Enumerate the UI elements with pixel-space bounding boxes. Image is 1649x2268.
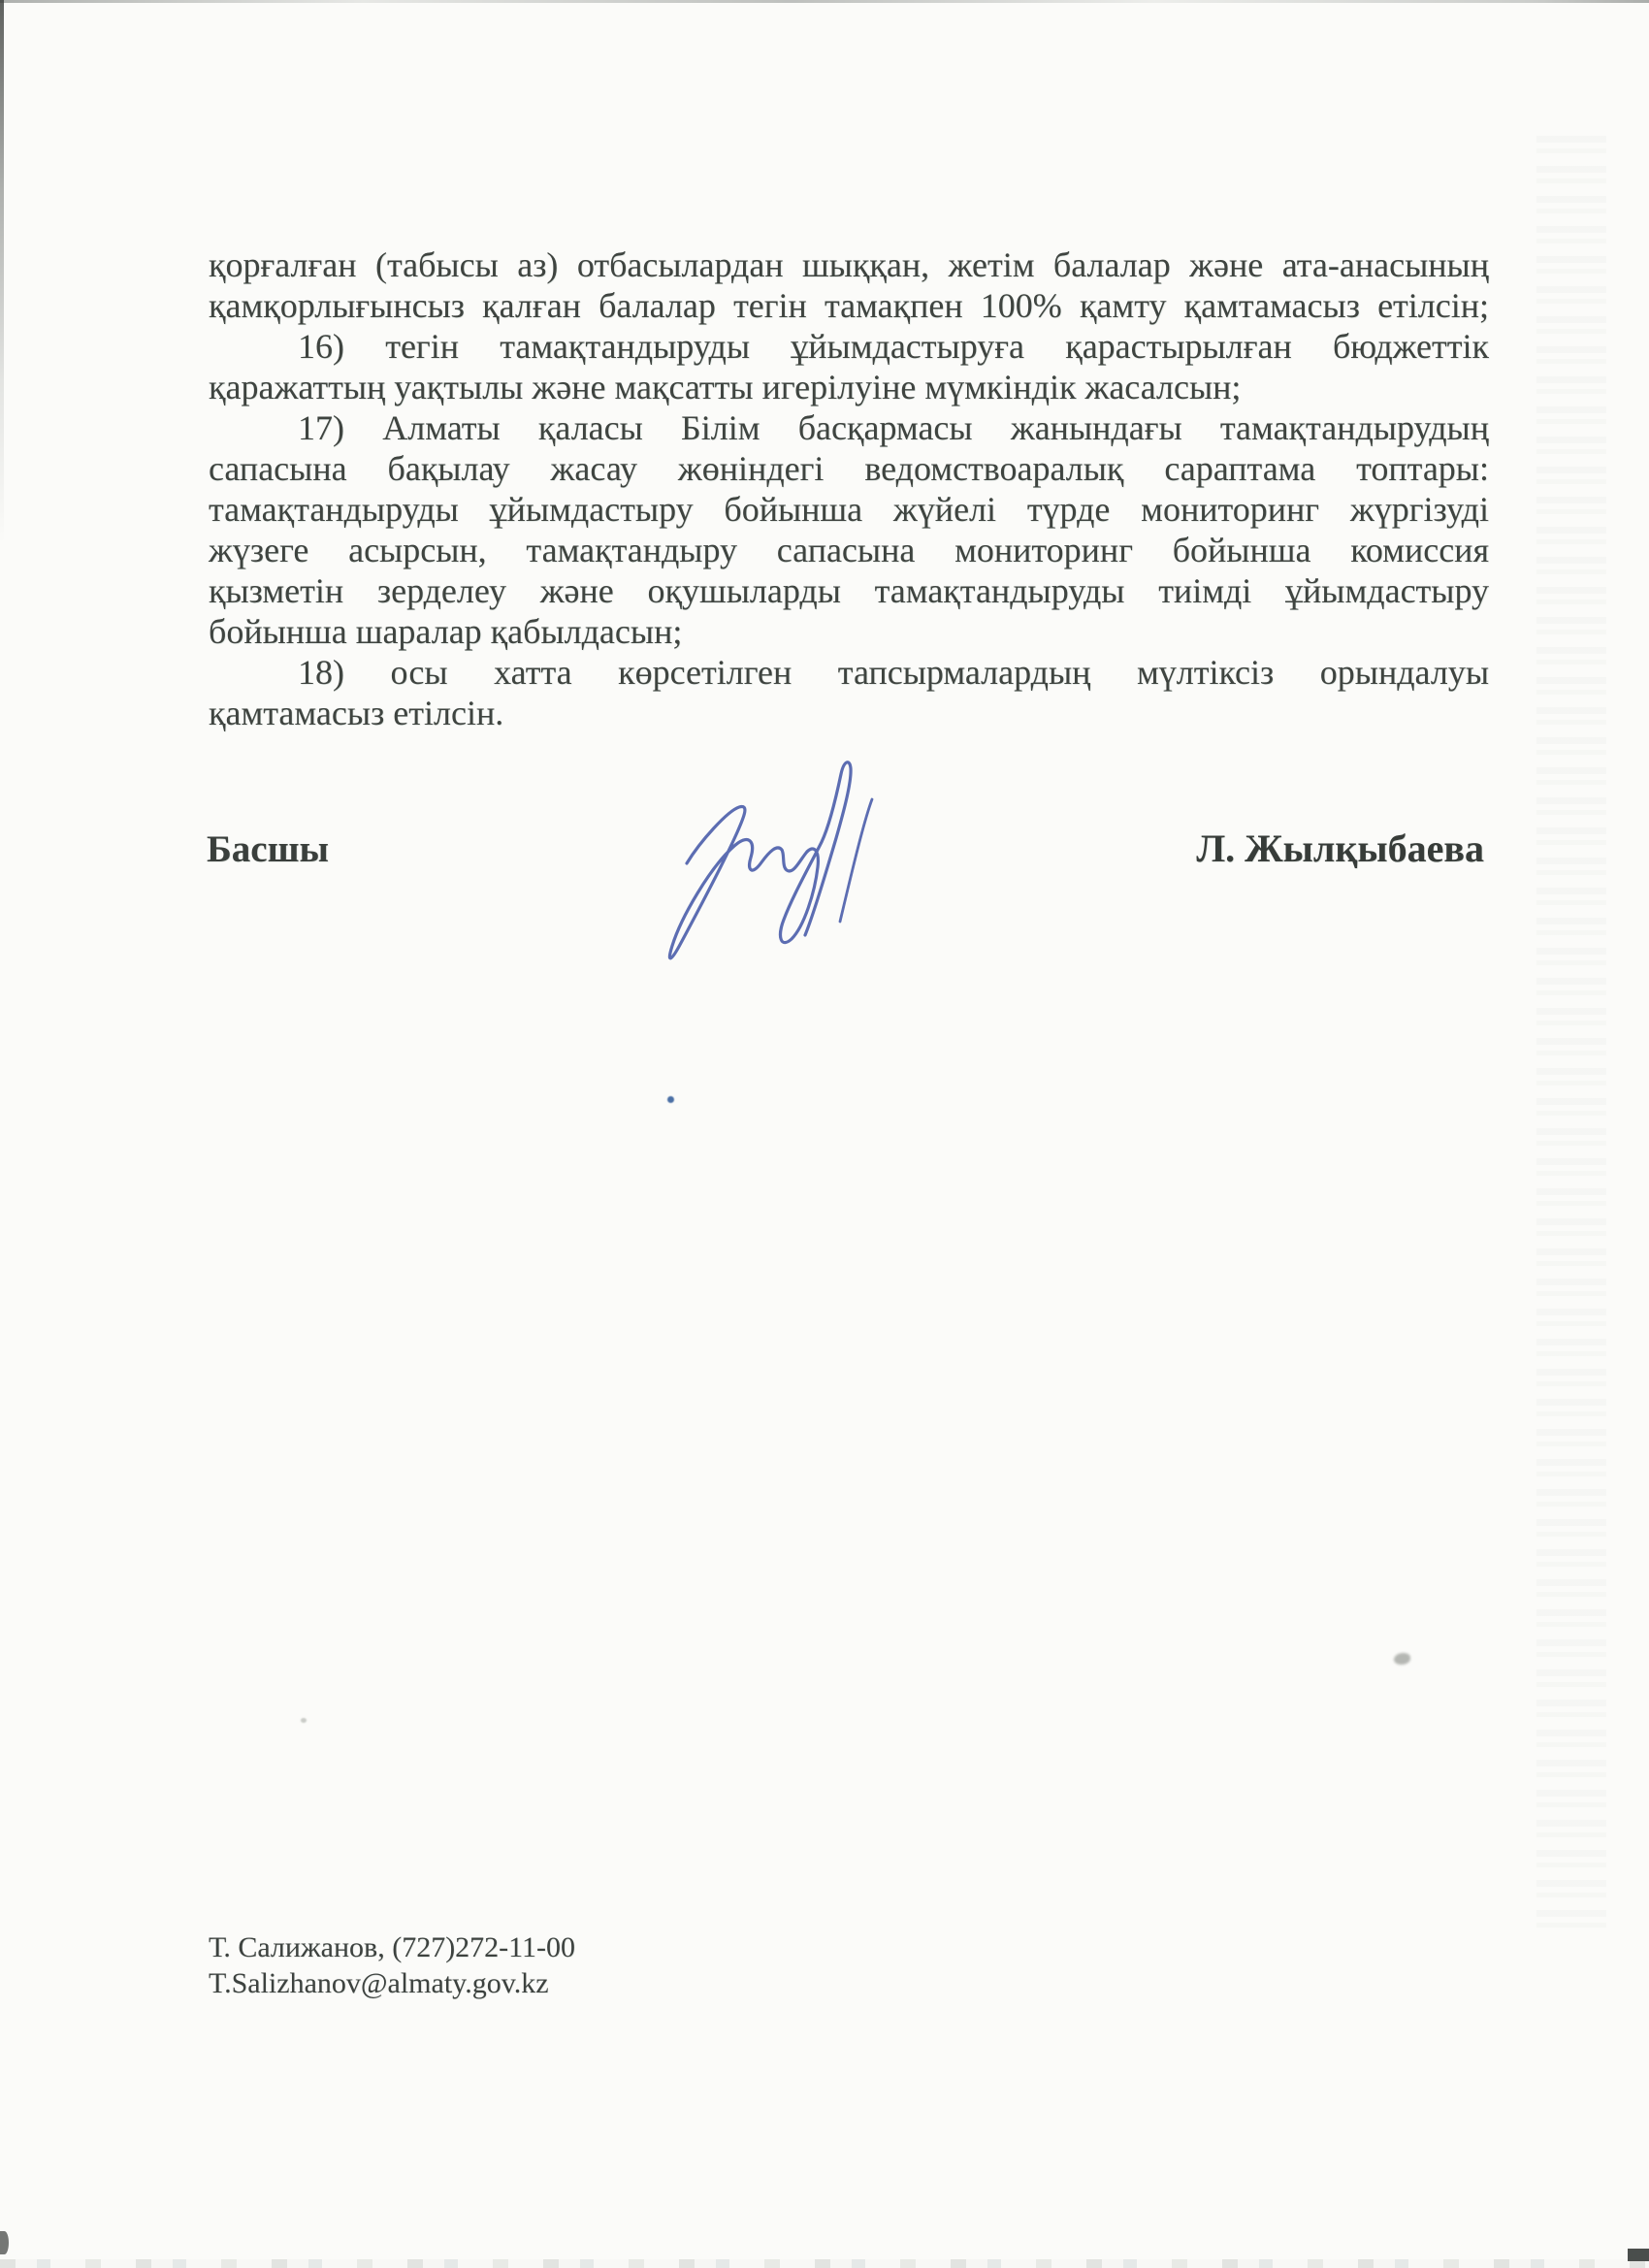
executor-contact-line: Т. Салижанов, (727)272-11-00 xyxy=(209,1929,575,1965)
executor-footer: Т. Салижанов, (727)272-11-00 T.Salizhano… xyxy=(209,1929,575,2001)
body-line: қызметін зерделеу және оқушыларды тамақт… xyxy=(209,570,1489,611)
faint-speck xyxy=(301,1718,307,1723)
handwritten-signature-ink xyxy=(642,749,885,977)
body-line-item-16: 16) тегін тамақтандыруды ұйымдастыруға қ… xyxy=(209,326,1489,367)
signature-stroke-tail xyxy=(840,799,872,922)
ink-dot-speck xyxy=(667,1096,674,1103)
scan-edge-left xyxy=(0,0,4,543)
body-line: сапасына бақылау жасау жөніндегі ведомст… xyxy=(209,448,1489,489)
signer-name: Л. Жылқыбаева xyxy=(1196,828,1484,869)
scan-corner-mark-right xyxy=(1628,2249,1649,2261)
executor-email: T.Salizhanov@almaty.gov.kz xyxy=(209,1965,575,2001)
signature-stroke-main xyxy=(669,807,807,958)
scan-noise-band xyxy=(1536,136,1606,1930)
body-line-item-17: 17) Алматы қаласы Білім басқармасы жанын… xyxy=(209,407,1489,448)
body-line: қорғалған (табысы аз) отбасылардан шыққа… xyxy=(209,244,1489,285)
body-line: қамқорлығынсыз қалған балалар тегін тама… xyxy=(209,285,1489,326)
scan-corner-mark-left xyxy=(0,2231,9,2254)
scan-edge-top xyxy=(0,0,1649,3)
body-line: тамақтандыруды ұйымдастыру бойынша жүйел… xyxy=(209,489,1489,530)
gray-smudge-speck xyxy=(1394,1653,1410,1665)
signer-position-label: Басшы xyxy=(207,830,329,869)
scanned-document-page: қорғалған (табысы аз) отбасылардан шыққа… xyxy=(0,0,1649,2268)
body-line: қаражаттың уақтылы және мақсатты игерілу… xyxy=(209,367,1489,407)
body-line: жүзеге асырсын, тамақтандыру сапасына мо… xyxy=(209,530,1489,570)
body-line: бойынша шаралар қабылдасын; xyxy=(209,611,1489,652)
letter-body: қорғалған (табысы аз) отбасылардан шыққа… xyxy=(209,244,1489,733)
scan-edge-bottom xyxy=(0,2259,1649,2268)
body-line-item-18: 18) осы хатта көрсетілген тапсырмалардың… xyxy=(209,652,1489,693)
body-line: қамтамасыз етілсін. xyxy=(209,693,1489,733)
